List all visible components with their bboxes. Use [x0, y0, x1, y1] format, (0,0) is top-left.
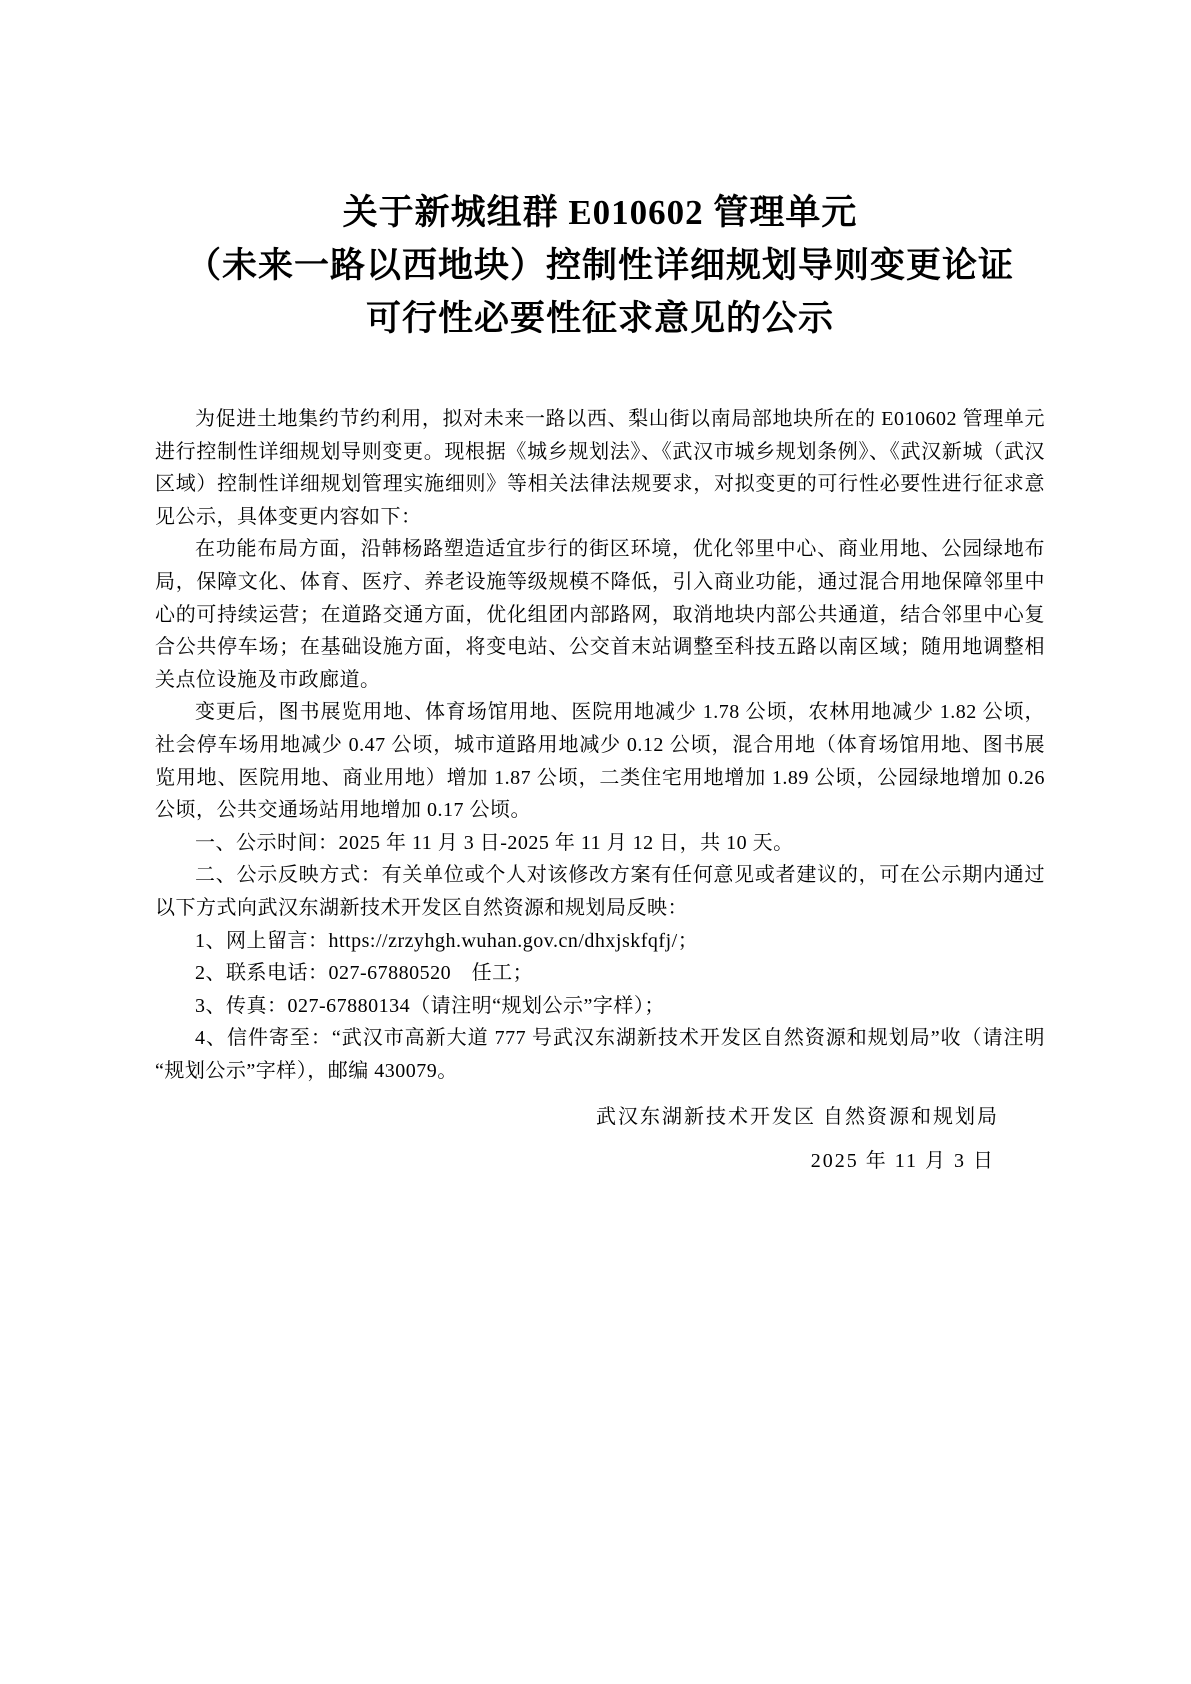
issue-date: 2025 年 11 月 3 日: [155, 1145, 1045, 1177]
item-contact-phone: 2、联系电话：027-67880520 任工；: [155, 957, 1045, 990]
issuing-authority-signature: 武汉东湖新技术开发区 自然资源和规划局: [155, 1101, 1045, 1133]
title-line-3: 可行性必要性征求意见的公示: [155, 292, 1045, 345]
para-land-use-changes: 变更后，图书展览用地、体育场馆用地、医院用地减少 1.78 公顷，农林用地减少 …: [155, 696, 1045, 826]
para-notice-period: 一、公示时间：2025 年 11 月 3 日-2025 年 11 月 12 日，…: [155, 827, 1045, 860]
title-line-1: 关于新城组群 E010602 管理单元: [155, 186, 1045, 239]
item-mail-address: 4、信件寄至：“武汉市高新大道 777 号武汉东湖新技术开发区自然资源和规划局”…: [155, 1022, 1045, 1087]
para-feedback-methods: 二、公示反映方式：有关单位或个人对该修改方案有任何意见或者建议的，可在公示期内通…: [155, 859, 1045, 924]
document-title: 关于新城组群 E010602 管理单元 （未来一路以西地块）控制性详细规划导则变…: [155, 186, 1045, 345]
title-line-2: （未来一路以西地块）控制性详细规划导则变更论证: [155, 239, 1045, 292]
para-function-layout: 在功能布局方面，沿韩杨路塑造适宜步行的街区环境，优化邻里中心、商业用地、公园绿地…: [155, 533, 1045, 696]
item-online-message: 1、网上留言：https://zrzyhgh.wuhan.gov.cn/dhxj…: [155, 925, 1045, 958]
document-body: 为促进土地集约节约利用，拟对未来一路以西、梨山街以南局部地块所在的 E01060…: [155, 403, 1045, 1087]
public-notice-document: 关于新城组群 E010602 管理单元 （未来一路以西地块）控制性详细规划导则变…: [0, 0, 1191, 1684]
para-intro: 为促进土地集约节约利用，拟对未来一路以西、梨山街以南局部地块所在的 E01060…: [155, 403, 1045, 533]
item-fax: 3、传真：027-67880134（请注明“规划公示”字样）；: [155, 990, 1045, 1023]
